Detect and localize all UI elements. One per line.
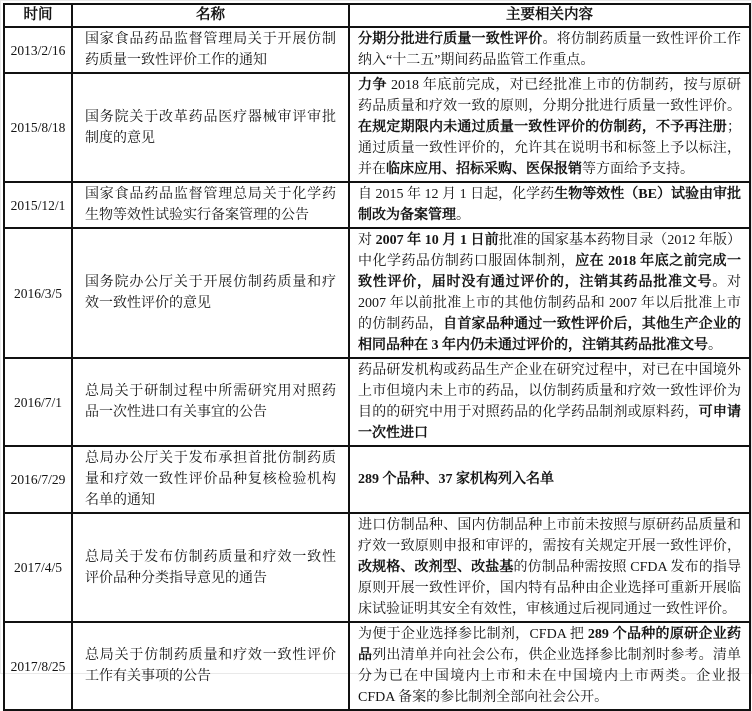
header-row: 时间 名称 主要相关内容 (4, 4, 750, 27)
content-segment: 列出清单并向社会公布，供企业选择参比制剂时参考。清单分为已在中国境内上市和未在中… (358, 648, 741, 705)
content-segment: 。 (456, 208, 470, 223)
name-cell: 总局关于研制过程中所需研究用对照药品一次性进口有关事宜的公告 (72, 358, 349, 446)
content-segment: 。 (708, 338, 722, 353)
table-header: 时间 名称 主要相关内容 (4, 4, 750, 27)
table-row: 2013/2/16 国家食品药品监督管理局关于开展仿制药质量一致性评价工作的通知… (4, 27, 750, 73)
content-cell: 力争 2018 年底前完成，对已经批准上市的仿制药，按与原研药品质量和疗效一致的… (349, 73, 750, 182)
table-row: 2017/4/5 总局关于发布仿制药质量和疗效一致性评价品种分类指导意见的通告 … (4, 513, 750, 622)
content-cell: 为便于企业选择参比制剂，CFDA 把 289 个品种的原研企业药品列出清单并向社… (349, 622, 750, 710)
date-cell: 2015/12/1 (4, 182, 72, 228)
name-cell: 国务院办公厅关于开展仿制药质量和疗效一致性评价的意见 (72, 228, 349, 358)
name-cell: 国务院关于改革药品医疗器械审评审批制度的意见 (72, 73, 349, 182)
document-page: 时间 名称 主要相关内容 2013/2/16 国家食品药品监督管理局关于开展仿制… (0, 0, 752, 674)
date-cell: 2017/8/25 (4, 622, 72, 710)
content-segment: 2007 年 10 月 1 日前 (376, 233, 499, 248)
content-segment: 药品研发机构或药品生产企业在研究过程中，对已在中国境外上市但境内未上市的药品，以… (358, 363, 741, 420)
content-cell: 对 2007 年 10 月 1 日前批准的国家基本药物目录（2012 年版）中化… (349, 228, 750, 358)
date-cell: 2015/8/18 (4, 73, 72, 182)
content-segment: 改规格、改剂型、改盐基 (358, 560, 514, 575)
table-row: 2016/7/29 总局办公厅关于发布承担首批仿制药质量和疗效一致性评价品种复核… (4, 446, 750, 513)
name-cell: 总局关于发布仿制药质量和疗效一致性评价品种分类指导意见的通告 (72, 513, 349, 622)
content-cell: 289 个品种、37 家机构列入名单 (349, 446, 750, 513)
column-header-name: 名称 (72, 4, 349, 27)
column-header-time: 时间 (4, 4, 72, 27)
content-cell: 自 2015 年 12 月 1 日起，化学药生物等效性（BE）试验由审批制改为备… (349, 182, 750, 228)
date-cell: 2016/7/1 (4, 358, 72, 446)
content-segment: 为便于企业选择参比制剂，CFDA 把 (358, 627, 588, 642)
date-cell: 2013/2/16 (4, 27, 72, 73)
content-segment: 对 (358, 233, 376, 248)
name-cell: 国家食品药品监督管理总局关于化学药生物等效性试验实行备案管理的公告 (72, 182, 349, 228)
date-cell: 2016/7/29 (4, 446, 72, 513)
table-row: 2016/3/5 国务院办公厅关于开展仿制药质量和疗效一致性评价的意见 对 20… (4, 228, 750, 358)
table-row: 2017/8/25 总局关于仿制药质量和疗效一致性评价工作有关事项的公告 为便于… (4, 622, 750, 710)
table-row: 2015/12/1 国家食品药品监督管理总局关于化学药生物等效性试验实行备案管理… (4, 182, 750, 228)
content-cell: 进口仿制品种、国内仿制品种上市前未按照与原研药品质量和疗效一致原则申报和审评的，… (349, 513, 750, 622)
name-cell: 总局关于仿制药质量和疗效一致性评价工作有关事项的公告 (72, 622, 349, 710)
content-segment: 2018 年底前完成，对已经批准上市的仿制药，按与原研药品质量和疗效一致的原则，… (358, 78, 741, 114)
table-row: 2015/8/18 国务院关于改革药品医疗器械审评审批制度的意见 力争 2018… (4, 73, 750, 182)
date-cell: 2016/3/5 (4, 228, 72, 358)
content-segment: 进口仿制品种、国内仿制品种上市前未按照与原研药品质量和疗效一致原则申报和审评的，… (358, 518, 741, 554)
content-cell: 分期分批进行质量一致性评价。将仿制药质量一致性评价工作纳入“十二五”期间药品监管… (349, 27, 750, 73)
date-cell: 2017/4/5 (4, 513, 72, 622)
policy-table-body: 2013/2/16 国家食品药品监督管理局关于开展仿制药质量一致性评价工作的通知… (4, 27, 750, 710)
name-cell: 总局办公厅关于发布承担首批仿制药质量和疗效一致性评价品种复核检验机构名单的通知 (72, 446, 349, 513)
content-segment: 力争 (358, 78, 387, 93)
policy-table: 时间 名称 主要相关内容 2013/2/16 国家食品药品监督管理局关于开展仿制… (3, 3, 751, 711)
content-cell: 药品研发机构或药品生产企业在研究过程中，对已在中国境外上市但境内未上市的药品，以… (349, 358, 750, 446)
content-segment: 等方面给予支持。 (582, 162, 694, 177)
content-segment: 分期分批进行质量一致性评价 (358, 32, 543, 47)
content-segment: 在规定期限内未通过质量一致性评价的仿制药，不予再注册 (358, 120, 727, 135)
table-row: 2016/7/1 总局关于研制过程中所需研究用对照药品一次性进口有关事宜的公告 … (4, 358, 750, 446)
content-segment: 临床应用、招标采购、医保报销 (386, 162, 582, 177)
name-cell: 国家食品药品监督管理局关于开展仿制药质量一致性评价工作的通知 (72, 27, 349, 73)
content-segment: 自 2015 年 12 月 1 日起，化学药 (358, 187, 554, 202)
column-header-main-content: 主要相关内容 (349, 4, 750, 27)
content-segment: 289 个品种、37 家机构列入名单 (358, 472, 554, 487)
